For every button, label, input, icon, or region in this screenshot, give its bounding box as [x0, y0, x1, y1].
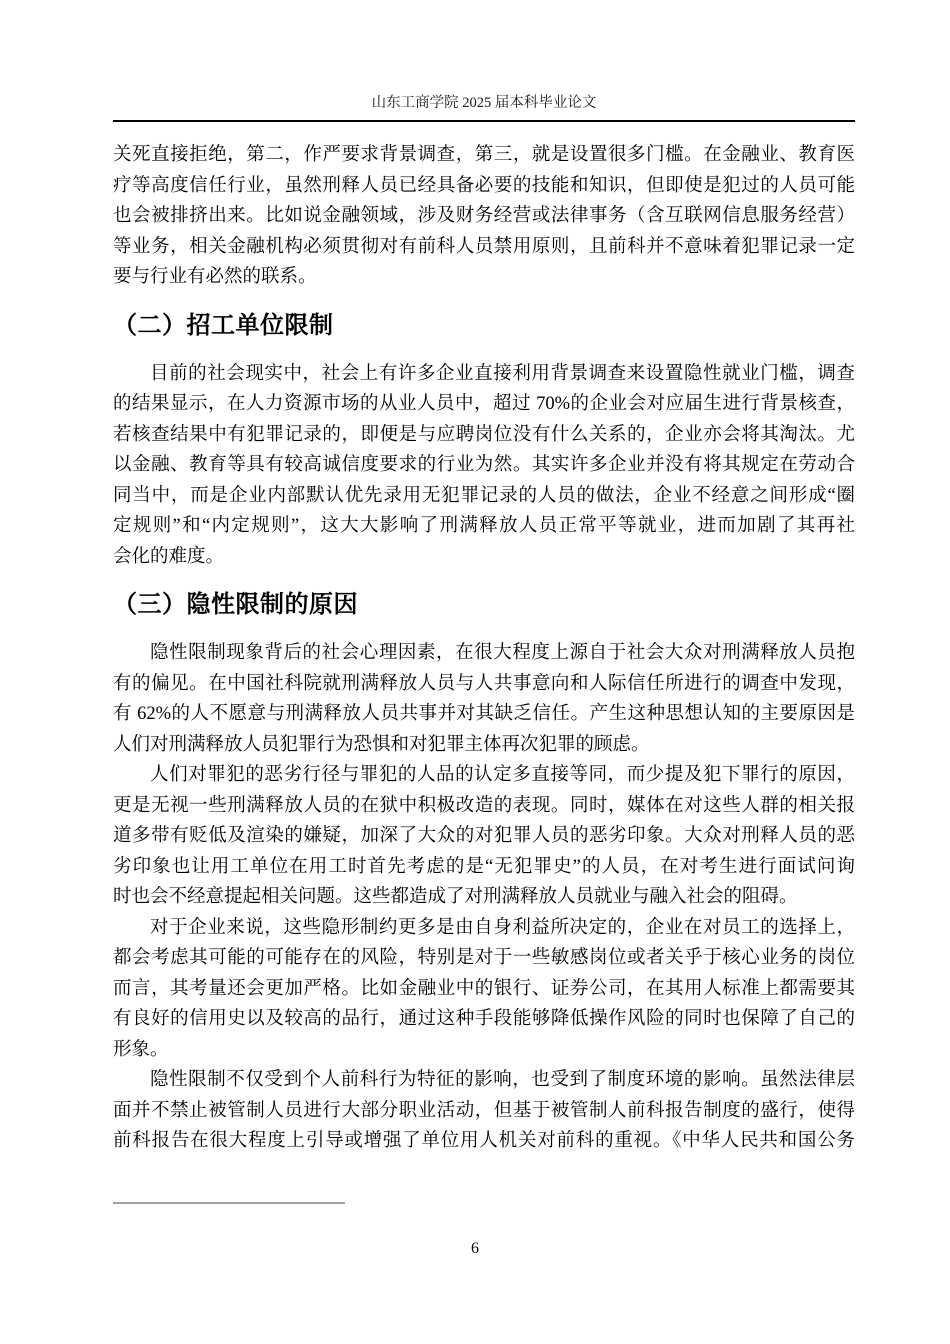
text-line: 同当中，而是企业内部默认优先录用无犯罪记录的人员的做法，企业不经意之间形成“圈	[113, 481, 855, 512]
text-line: 都会考虑其可能的可能存在的风险，特别是对于一些敏感岗位或者关乎于核心业务的岗位	[113, 943, 855, 974]
text-line: 有 62%的人不愿意与刑满释放人员共事并对其缺乏信任。产生这种思想认知的主要原因…	[113, 699, 855, 730]
text-line: 的结果显示，在人力资源市场的从业人员中，超过 70%的企业会对应届生进行背景核查…	[113, 389, 855, 420]
paragraph: 关死直接拒绝，第二，作严要求背景调查，第三，就是设置很多门槛。在金融业、教育医疗…	[113, 140, 855, 293]
section-heading: （三）隐性限制的原因	[113, 592, 855, 618]
paragraph: 隐性限制不仅受到个人前科行为特征的影响，也受到了制度环境的影响。虽然法律层面并不…	[113, 1065, 855, 1157]
text-line: 疗等高度信任行业，虽然刑释人员已经具备必要的技能和知识，但即使是犯过的人员可能	[113, 171, 855, 202]
page-header-title: 山东工商学院 2025 届本科毕业论文	[113, 0, 855, 113]
footnote-separator	[113, 1202, 345, 1204]
text-line: 形象。	[113, 1035, 855, 1066]
text-line: 会化的难度。	[113, 542, 855, 573]
text-line: 面并不禁止被管制人员进行大部分职业活动，但基于被管制人前科报告制度的盛行，使得	[113, 1096, 855, 1127]
text-line: 时也会不经意提起相关问题。这些都造成了对刑满释放人员就业与融入社会的阻碍。	[113, 882, 855, 913]
page-number: 6	[0, 1240, 950, 1258]
text-line: 若核查结果中有犯罪记录的，即便是与应聘岗位没有什么关系的，企业亦会将其淘汰。尤	[113, 420, 855, 451]
text-line: 人们对罪犯的恶劣行径与罪犯的人品的认定多直接等同，而少提及犯下罪行的原因，	[113, 760, 855, 791]
text-line: 定规则”和“内定规则”，这大大影响了刑满释放人员正常平等就业，进而加剧了其再社	[113, 511, 855, 542]
text-line: 有的偏见。在中国社科院就刑满释放人员与人共事意向和人际信任所进行的调查中发现，	[113, 669, 855, 700]
text-line: 要与行业有必然的联系。	[113, 262, 855, 293]
text-line: 道多带有贬低及渲染的嫌疑，加深了大众的对犯罪人员的恶劣印象。大众对刑释人员的恶	[113, 821, 855, 852]
paragraph: 隐性限制现象背后的社会心理因素，在很大程度上源自于社会大众对刑满释放人员抱有的偏…	[113, 638, 855, 760]
text-line: 对于企业来说，这些隐形制约更多是由自身利益所决定的，企业在对员工的选择上，	[113, 913, 855, 944]
section-heading: （二）招工单位限制	[113, 313, 855, 339]
text-line: 也会被排挤出来。比如说金融领域，涉及财务经营或法律事务（含互联网信息服务经营）	[113, 201, 855, 232]
text-line: 而言，其考量还会更加严格。比如金融业中的银行、证券公司，在其用人标准上都需要其	[113, 974, 855, 1005]
header-rule	[113, 120, 855, 122]
paragraph: 对于企业来说，这些隐形制约更多是由自身利益所决定的，企业在对员工的选择上，都会考…	[113, 913, 855, 1066]
text-line: 目前的社会现实中，社会上有许多企业直接利用背景调查来设置隐性就业门槛，调查	[113, 359, 855, 390]
text-line: 隐性限制现象背后的社会心理因素，在很大程度上源自于社会大众对刑满释放人员抱	[113, 638, 855, 669]
text-line: 关死直接拒绝，第二，作严要求背景调查，第三，就是设置很多门槛。在金融业、教育医	[113, 140, 855, 171]
paragraph: 目前的社会现实中，社会上有许多企业直接利用背景调查来设置隐性就业门槛，调查的结果…	[113, 359, 855, 573]
paragraph: 人们对罪犯的恶劣行径与罪犯的人品的认定多直接等同，而少提及犯下罪行的原因，更是无…	[113, 760, 855, 913]
text-line: 隐性限制不仅受到个人前科行为特征的影响，也受到了制度环境的影响。虽然法律层	[113, 1065, 855, 1096]
text-line: 劣印象也让用工单位在用工时首先考虑的是“无犯罪史”的人员，在对考生进行面试问询	[113, 852, 855, 883]
document-body: 关死直接拒绝，第二，作严要求背景调查，第三，就是设置很多门槛。在金融业、教育医疗…	[113, 140, 855, 1157]
text-line: 更是无视一些刑满释放人员的在狱中积极改造的表现。同时，媒体在对这些人群的相关报	[113, 791, 855, 822]
text-line: 有良好的信用史以及较高的品行，通过这种手段能够降低操作风险的同时也保障了自己的	[113, 1004, 855, 1035]
text-line: 以金融、教育等具有较高诚信度要求的行业为然。其实许多企业并没有将其规定在劳动合	[113, 450, 855, 481]
text-line: 前科报告在很大程度上引导或增强了单位用人机关对前科的重视。《中华人民共和国公务	[113, 1126, 855, 1157]
text-line: 人们对刑满释放人员犯罪行为恐惧和对犯罪主体再次犯罪的顾虑。	[113, 730, 855, 761]
text-line: 等业务，相关金融机构必须贯彻对有前科人员禁用原则，且前科并不意味着犯罪记录一定	[113, 232, 855, 263]
document-page: 山东工商学院 2025 届本科毕业论文 关死直接拒绝，第二，作严要求背景调查，第…	[0, 0, 950, 1344]
